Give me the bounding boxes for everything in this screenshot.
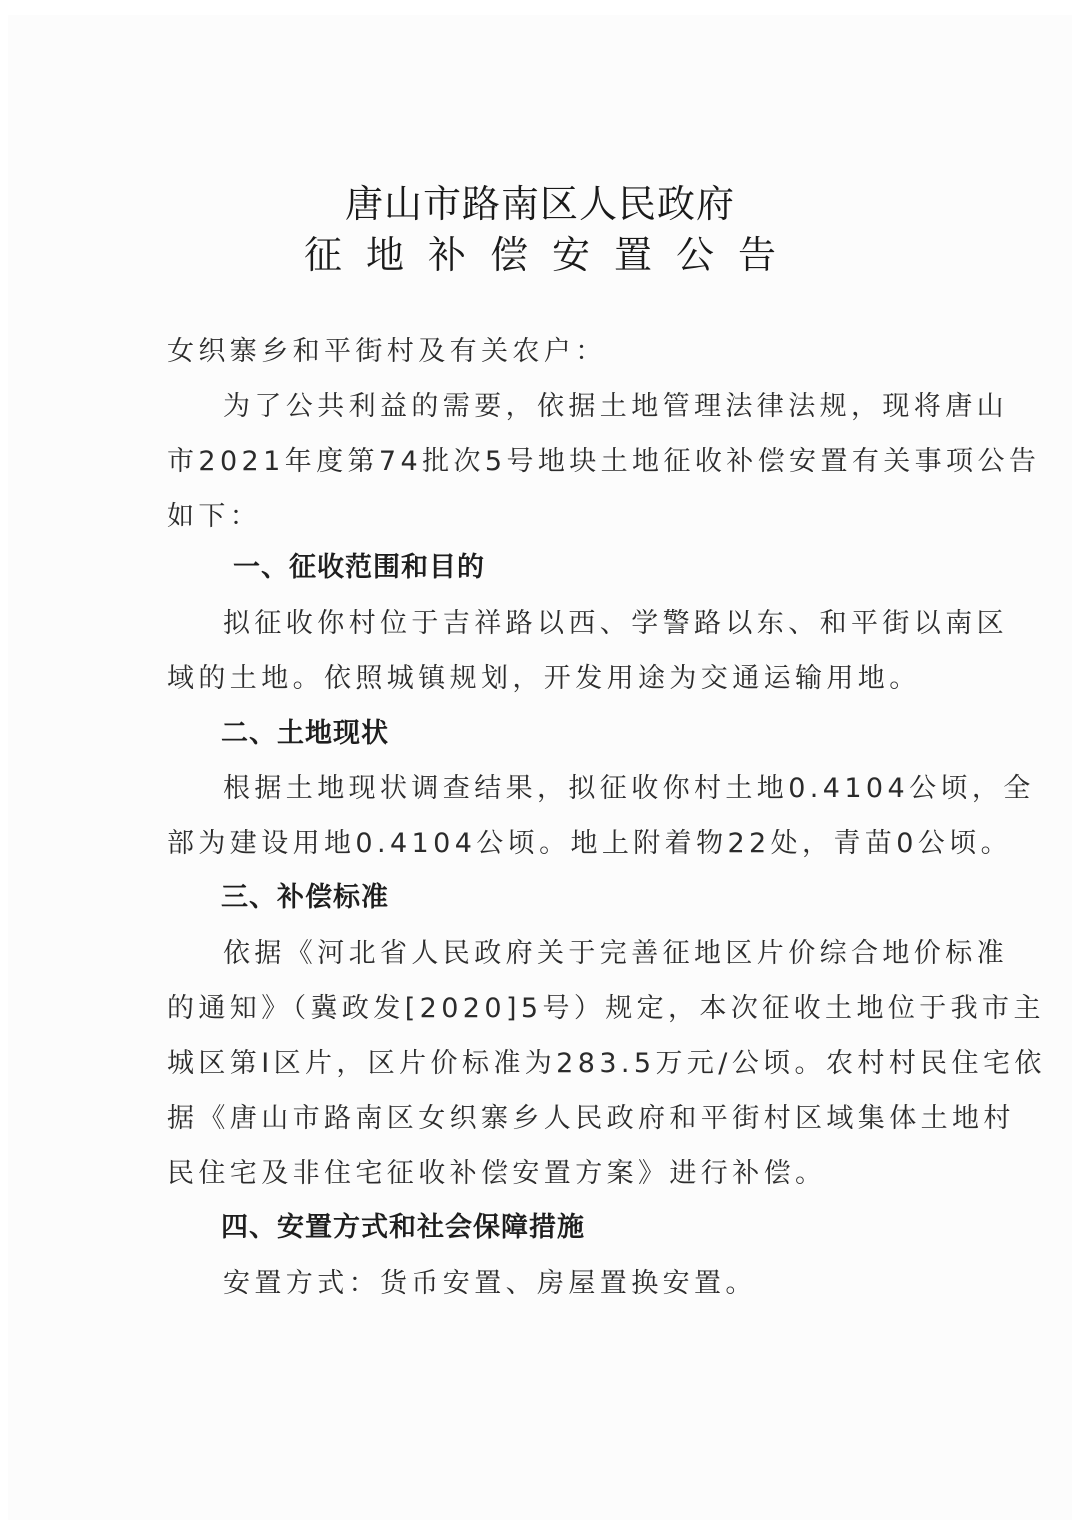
section-heading-land-status: 二、土地现状 xyxy=(221,714,389,754)
section-line: 部为建设用地0.4104公顷。地上附着物22处，青苗0公顷。 xyxy=(167,816,937,871)
section-line: 域的土地。依照城镇规划，开发用途为交通运输用地。 xyxy=(167,651,937,706)
section-body-land-status: 根据土地现状调查结果，拟征收你村土地0.4104公顷，全 部为建设用地0.410… xyxy=(167,761,937,871)
document-intro: 女织寨乡和平街村及有关农户： 为了公共利益的需要，依据土地管理法律法规，现将唐山… xyxy=(167,324,937,544)
document-title-subject: 征地补偿安置公告 xyxy=(0,231,1080,279)
section-heading-compensation: 三、补偿标准 xyxy=(221,878,389,918)
section-line: 根据土地现状调查结果，拟征收你村土地0.4104公顷，全 xyxy=(167,761,937,816)
section-body-compensation: 依据《河北省人民政府关于完善征地区片价综合地价标准 的通知》（冀政发[2020]… xyxy=(167,926,937,1201)
section-heading-scope: 一、征收范围和目的 xyxy=(233,548,485,588)
section-line: 的通知》（冀政发[2020]5号）规定，本次征收土地位于我市主 xyxy=(167,981,937,1036)
section-body-scope: 拟征收你村位于吉祥路以西、学警路以东、和平街以南区 域的土地。依照城镇规划，开发… xyxy=(167,596,937,706)
section-line: 安置方式：货币安置、房屋置换安置。 xyxy=(167,1256,937,1311)
section-line: 拟征收你村位于吉祥路以西、学警路以东、和平街以南区 xyxy=(167,596,937,651)
section-line: 依据《河北省人民政府关于完善征地区片价综合地价标准 xyxy=(167,926,937,981)
section-line: 据《唐山市路南区女织寨乡人民政府和平街村区域集体土地村 xyxy=(167,1091,937,1146)
salutation: 女织寨乡和平街村及有关农户： xyxy=(167,324,937,379)
intro-line: 为了公共利益的需要，依据土地管理法律法规，现将唐山 xyxy=(167,379,937,434)
intro-line: 如下： xyxy=(167,489,937,544)
section-heading-resettlement: 四、安置方式和社会保障措施 xyxy=(221,1208,585,1248)
section-body-resettlement: 安置方式：货币安置、房屋置换安置。 xyxy=(167,1256,937,1311)
document-title-issuer: 唐山市路南区人民政府 xyxy=(0,180,1080,228)
section-line: 城区第I区片，区片价标准为283.5万元/公顷。农村村民住宅依 xyxy=(167,1036,937,1091)
section-line: 民住宅及非住宅征收补偿安置方案》进行补偿。 xyxy=(167,1146,937,1201)
intro-line: 市2021年度第74批次5号地块土地征收补偿安置有关事项公告 xyxy=(167,434,937,489)
